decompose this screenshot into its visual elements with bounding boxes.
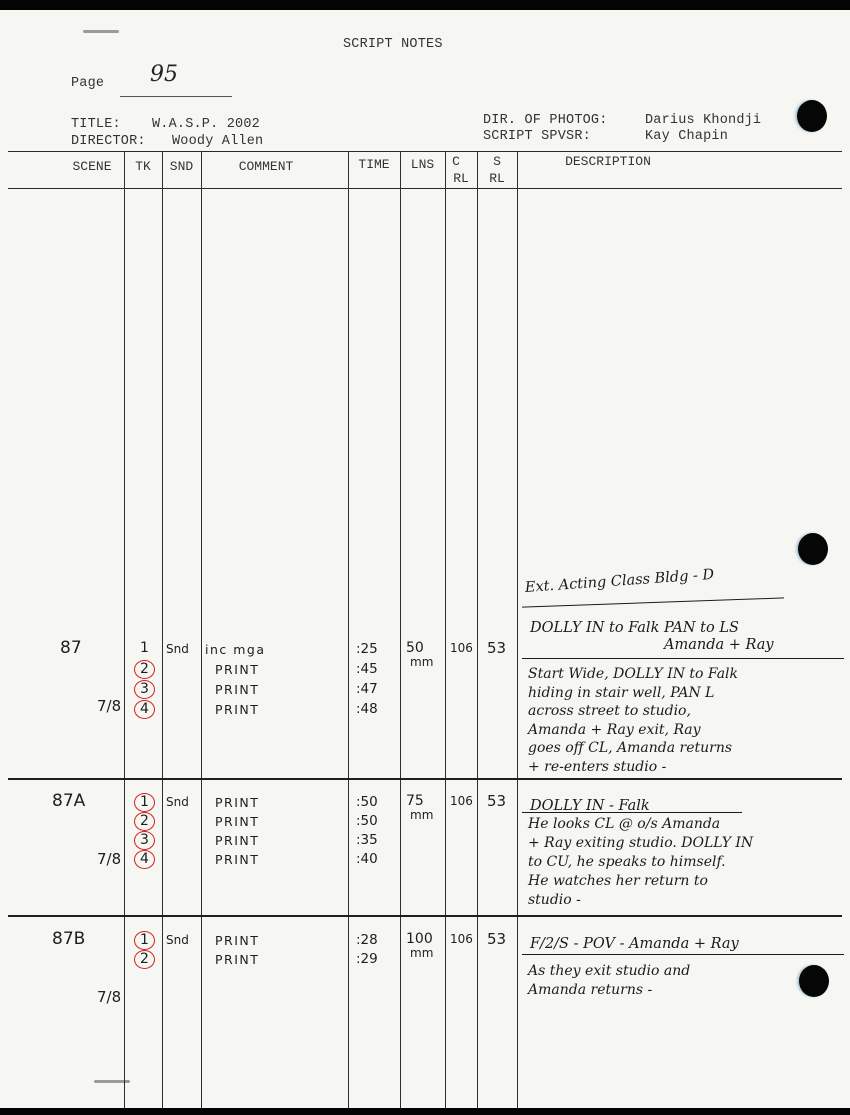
description-line: studio - [528,891,581,909]
camera-roll: 106 [450,793,473,810]
col-divider [477,151,478,1108]
sound-roll: 53 [487,793,506,810]
punch-hole-top [797,100,827,132]
supervisor-label: SCRIPT SPVSR: [483,129,591,144]
take-number-circled: 4 [134,850,155,869]
col-header-srl-bottom: RL [477,171,517,186]
sound-flag: Snd [166,794,189,811]
scene-page-count: 7/8 [97,989,121,1006]
description-line: Amanda returns - [528,981,652,999]
scene-page-count: 7/8 [97,698,121,715]
description-line: + re-enters studio - [528,758,666,776]
col-divider [400,151,401,1108]
supervisor-value: Kay Chapin [645,129,728,144]
take-comment: PRINT [215,932,259,949]
description-line: Start Wide, DOLLY IN to Falk [528,665,738,683]
take-comment: PRINT [215,661,259,678]
col-header-srl-top: S [477,154,517,169]
table-header-rule [8,188,842,189]
description-line: + Ray exiting studio. DOLLY IN [528,834,753,852]
table-top-rule [8,151,842,152]
take-time: :50 [356,813,378,830]
take-time: :50 [356,794,378,811]
take-time: :29 [356,951,378,968]
take-comment: PRINT [215,951,259,968]
dp-label: DIR. OF PHOTOG: [483,113,608,128]
take-number-circled: 2 [134,660,155,679]
description-line: He watches her return to [528,872,708,890]
take-number-circled: 3 [134,831,155,850]
take-comment: PRINT [215,701,259,718]
take-number-circled: 3 [134,680,155,699]
take-time: :47 [356,681,378,698]
take-comment: PRINT [215,832,259,849]
col-header-description: DESCRIPTION [518,154,698,169]
sound-flag: Snd [166,932,189,949]
page-number-underline [120,96,232,97]
page-number: 95 [150,62,178,87]
shot-rule [522,954,844,955]
shot-description: F/2/S - POV - Amanda + Ray [530,936,739,952]
title-value: W.A.S.P. 2002 [152,117,260,132]
title-label: TITLE: [71,117,121,132]
description-line: He looks CL @ o/s Amanda [528,815,720,833]
punch-hole-bottom [799,965,829,997]
col-header-lns: LNS [400,157,445,172]
shot-rule [522,658,844,659]
col-divider [348,151,349,1108]
sound-roll: 53 [487,640,506,657]
col-divider [517,151,518,1108]
col-divider [201,151,202,1108]
take-number: 1 [134,640,155,659]
take-number-circled: 2 [134,812,155,831]
description-line: As they exit studio and [528,962,690,980]
take-time: :35 [356,832,378,849]
col-header-comment: COMMENT [201,159,331,174]
take-number-circled: 2 [134,950,155,969]
col-divider [445,151,446,1108]
take-comment: PRINT [215,794,259,811]
shot-description: Amanda + Ray [664,637,774,653]
scene-number: 87 [60,640,82,657]
scene-number: 87B [52,931,85,948]
scene-number: 87A [52,793,85,810]
director-label: DIRECTOR: [71,134,146,149]
description-line: to CU, he speaks to himself. [528,853,726,871]
sound-flag: Snd [166,641,189,658]
director-value: Woody Allen [172,134,263,149]
col-header-tk: TK [124,159,162,174]
take-number-circled: 1 [134,931,155,950]
lens-unit: mm [410,807,433,824]
col-header-crl-bottom: RL [445,171,477,186]
form-heading: SCRIPT NOTES [343,37,443,52]
take-comment: PRINT [215,813,259,830]
lens-unit: mm [410,654,433,671]
punch-hole-middle [798,533,828,565]
take-number-circled: 1 [134,793,155,812]
script-notes-page: SCRIPT NOTES Page 95 TITLE: W.A.S.P. 200… [0,10,850,1108]
take-comment: PRINT [215,681,259,698]
shot-rule [522,812,742,813]
description-line: Amanda + Ray exit, Ray [528,721,701,739]
scene-divider [8,915,842,917]
take-time: :28 [356,932,378,949]
col-divider [162,151,163,1108]
shot-description: DOLLY IN to Falk PAN to LS [530,620,739,636]
lens-unit: mm [410,945,433,962]
camera-roll: 106 [450,931,473,948]
staple-mark-top [83,30,119,33]
col-divider [124,151,125,1108]
camera-roll: 106 [450,640,473,657]
take-time: :40 [356,851,378,868]
sound-roll: 53 [487,931,506,948]
scene-page-count: 7/8 [97,851,121,868]
take-time: :45 [356,661,378,678]
col-header-snd: SND [162,159,201,174]
take-time: :25 [356,641,378,658]
take-time: :48 [356,701,378,718]
col-header-crl-top: C [445,154,467,169]
description-line: hiding in stair well, PAN L [528,684,714,702]
page-label: Page [71,76,104,91]
scene-divider [8,778,842,780]
col-header-scene: SCENE [60,159,124,174]
take-comment: inc mga [205,641,266,658]
set-heading: Ext. Acting Class Bldg - D [524,567,714,596]
description-line: across street to studio, [528,702,691,720]
col-header-time: TIME [348,157,400,172]
dp-value: Darius Khondji [645,113,761,128]
take-number-circled: 4 [134,700,155,719]
set-heading-underline [522,597,784,607]
description-line: goes off CL, Amanda returns [528,739,732,757]
take-comment: PRINT [215,851,259,868]
